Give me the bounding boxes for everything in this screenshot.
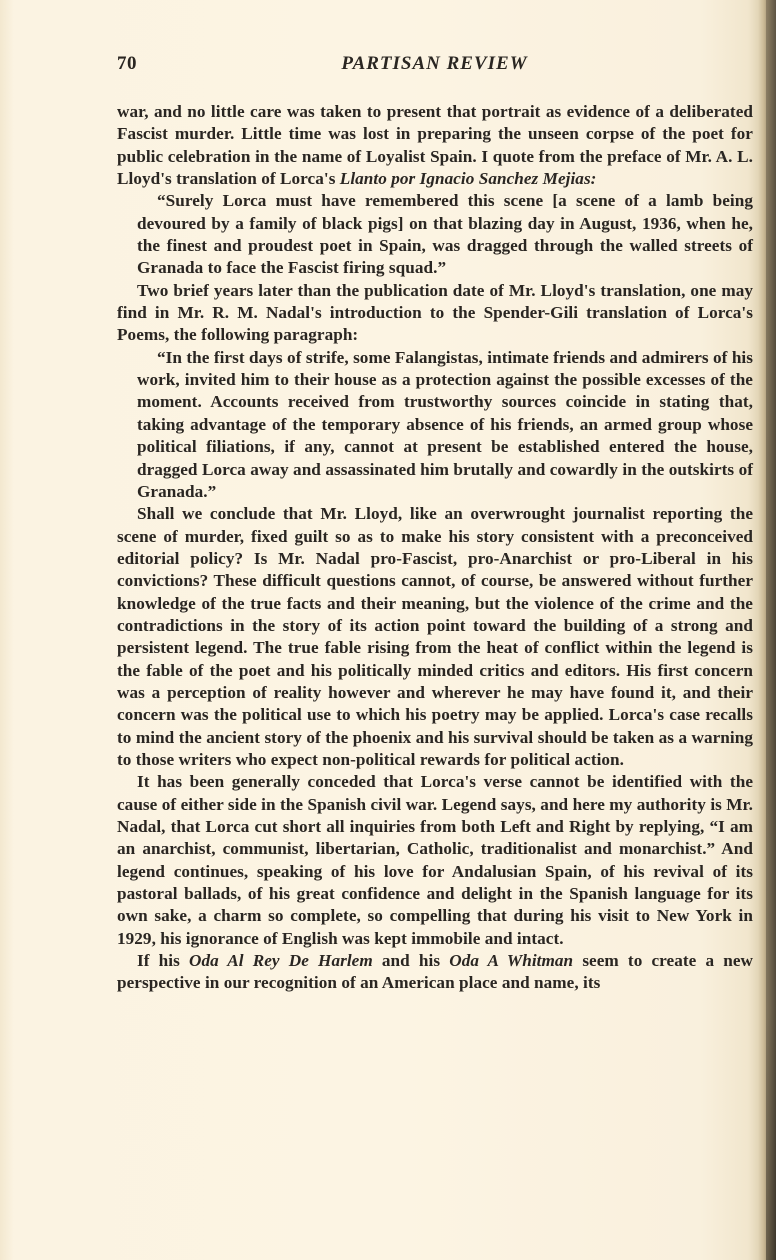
paragraph-2: Two brief years later than the publicati…	[117, 280, 753, 347]
journal-title: PARTISAN REVIEW	[117, 53, 752, 75]
block-quote-lloyd: “Surely Lorca must have remembered this …	[137, 190, 753, 279]
block-quote-nadal: “In the first days of strife, some Falan…	[137, 347, 753, 503]
poem-title-oda-rey-harlem: Oda Al Rey De Harlem	[189, 951, 373, 970]
running-head: 70 PARTISAN REVIEW	[117, 53, 752, 77]
poem-title-oda-whitman: Oda A Whitman	[449, 951, 573, 970]
paragraph-5: If his Oda Al Rey De Harlem and his Oda …	[117, 950, 753, 995]
paragraph-3: Shall we conclude that Mr. Lloyd, like a…	[117, 503, 753, 771]
paragraph-1: war, and no little care was taken to pre…	[117, 101, 753, 190]
paragraph-4: It has been generally conceded that Lorc…	[117, 771, 753, 950]
book-page: 70 PARTISAN REVIEW war, and no little ca…	[0, 0, 776, 1260]
body-text: war, and no little care was taken to pre…	[117, 101, 753, 995]
paragraph-5-text-b: and his	[373, 951, 449, 970]
book-title-llanto: Llanto por Ignacio Sanchez Mejias:	[340, 169, 597, 188]
paragraph-5-text-a: If his	[137, 951, 189, 970]
